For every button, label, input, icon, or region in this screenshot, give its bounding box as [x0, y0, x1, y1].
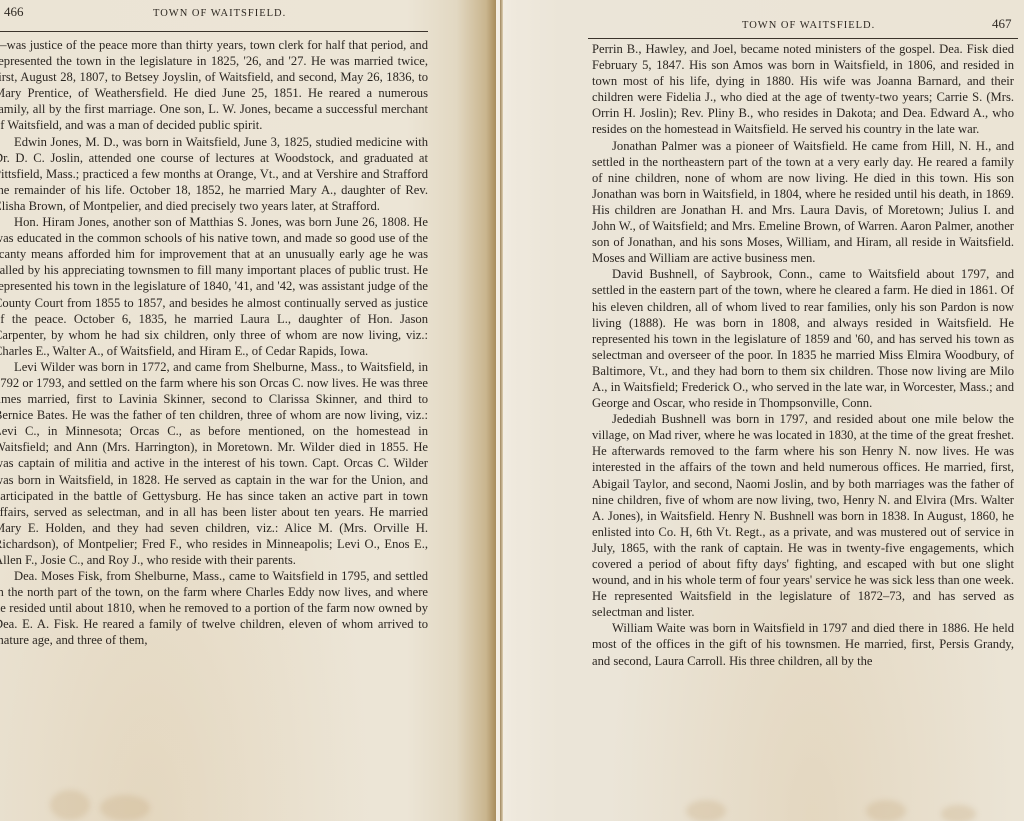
- running-head: TOWN OF WAITSFIELD.: [153, 8, 286, 19]
- paragraph: Jedediah Bushnell was born in 1797, and …: [592, 411, 1014, 620]
- paragraph: Hon. Hiram Jones, another son of Matthia…: [0, 214, 428, 359]
- paragraph: Dea. Moses Fisk, from Shelburne, Mass., …: [0, 568, 428, 648]
- paragraph: Edwin Jones, M. D., was born in Waitsfie…: [0, 134, 428, 214]
- paragraph: William Waite was born in Waitsfield in …: [592, 620, 1014, 668]
- header-rule: [588, 38, 1018, 39]
- paragraph: David Bushnell, of Saybrook, Conn., came…: [592, 266, 1014, 411]
- paper-stain: [866, 800, 906, 821]
- paragraph: Levi Wilder was born in 1772, and came f…: [0, 359, 428, 568]
- paragraph: —was justice of the peace more than thir…: [0, 37, 428, 134]
- page-number: 466: [4, 4, 24, 20]
- paper-stain: [100, 795, 150, 821]
- paper-stain: [941, 805, 976, 821]
- right-page-body: Perrin B., Hawley, and Joel, became note…: [592, 41, 1014, 669]
- paragraph: Jonathan Palmer was a pioneer of Waitsfi…: [592, 138, 1014, 267]
- book-spread: 466 TOWN OF WAITSFIELD. —was justice of …: [0, 0, 1024, 821]
- page-number: 467: [992, 16, 1012, 32]
- header-rule: [0, 31, 428, 32]
- running-head: TOWN OF WAITSFIELD.: [742, 20, 875, 31]
- paper-stain: [50, 790, 90, 820]
- left-page: 466 TOWN OF WAITSFIELD. —was justice of …: [0, 0, 496, 821]
- paragraph: Perrin B., Hawley, and Joel, became note…: [592, 41, 1014, 138]
- paper-stain: [686, 800, 726, 821]
- left-page-body: —was justice of the peace more than thir…: [0, 37, 428, 649]
- book-gutter: [500, 0, 503, 821]
- right-page: TOWN OF WAITSFIELD. 467 Perrin B., Hawle…: [496, 0, 1024, 821]
